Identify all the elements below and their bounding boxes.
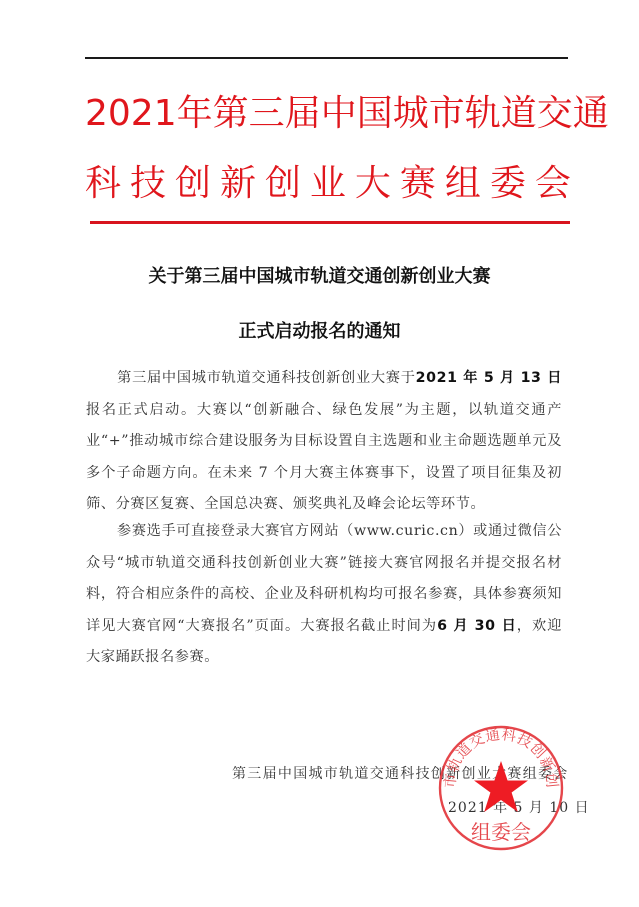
paragraph-text: 报名正式启动。大赛以“创新融合、绿色发展”为主题，以轨道交通产业“+”推动城市综… — [86, 402, 562, 513]
masthead-char: 创 — [265, 166, 301, 202]
official-seal: 中国城市轨道交通科技创新创业大赛 组委会 — [436, 723, 566, 853]
paragraph-text: 第三届中国城市轨道交通科技创新创业大赛于 — [117, 370, 416, 386]
masthead-char: 三 — [249, 96, 285, 132]
masthead-char: 城 — [393, 96, 429, 132]
masthead-char: 通 — [573, 96, 609, 132]
seal-center-text: 组委会 — [471, 820, 531, 844]
masthead-char: 会 — [535, 166, 571, 202]
masthead-char: 市 — [429, 96, 465, 132]
top-rule — [85, 57, 568, 59]
deadline-emphasis: 6 月 30 日 — [437, 618, 517, 634]
document-title-line-1: 关于第三届中国城市轨道交通创新创业大赛 — [0, 262, 639, 288]
masthead-char: 国 — [357, 96, 393, 132]
start-date-emphasis: 2021 年 5 月 13 日 — [416, 370, 562, 386]
masthead-char: 年 — [177, 96, 213, 132]
body-paragraph-1: 第三届中国城市轨道交通科技创新创业大赛于2021 年 5 月 13 日报名正式启… — [86, 363, 562, 521]
masthead-char: 中 — [321, 96, 357, 132]
document-title-line-2: 正式启动报名的通知 — [0, 317, 639, 343]
red-divider-rule — [90, 221, 570, 224]
signature-date: 2021 年 5 月 10 日 — [448, 797, 590, 817]
masthead-char: 届 — [285, 96, 321, 132]
masthead-char: 业 — [310, 166, 346, 202]
seal-icon: 中国城市轨道交通科技创新创业大赛 组委会 — [436, 723, 566, 853]
masthead-line-2: 科 技 创 新 创 业 大 赛 组 委 会 — [85, 166, 571, 202]
masthead-char: 交 — [537, 96, 573, 132]
masthead-char: 委 — [490, 166, 526, 202]
masthead-char: 第 — [213, 96, 249, 132]
signature-organization: 第三届中国城市轨道交通科技创新创业大赛组委会 — [232, 763, 569, 783]
body-paragraph-2: 参赛选手可直接登录大赛官方网站（www.curic.cn）或通过微信公众号“城市… — [86, 516, 562, 674]
masthead-char: 赛 — [400, 166, 436, 202]
masthead-char: 创 — [175, 166, 211, 202]
masthead-char: 新 — [220, 166, 256, 202]
masthead-char: 组 — [445, 166, 481, 202]
masthead-line-1: 2021 年 第 三 届 中 国 城 市 轨 道 交 通 — [85, 96, 571, 132]
masthead-char: 技 — [130, 166, 166, 202]
masthead-char: 科 — [85, 166, 121, 202]
masthead-char: 2021 — [85, 96, 177, 132]
masthead-char: 轨 — [465, 96, 501, 132]
masthead-char: 道 — [501, 96, 537, 132]
masthead-char: 大 — [355, 166, 391, 202]
